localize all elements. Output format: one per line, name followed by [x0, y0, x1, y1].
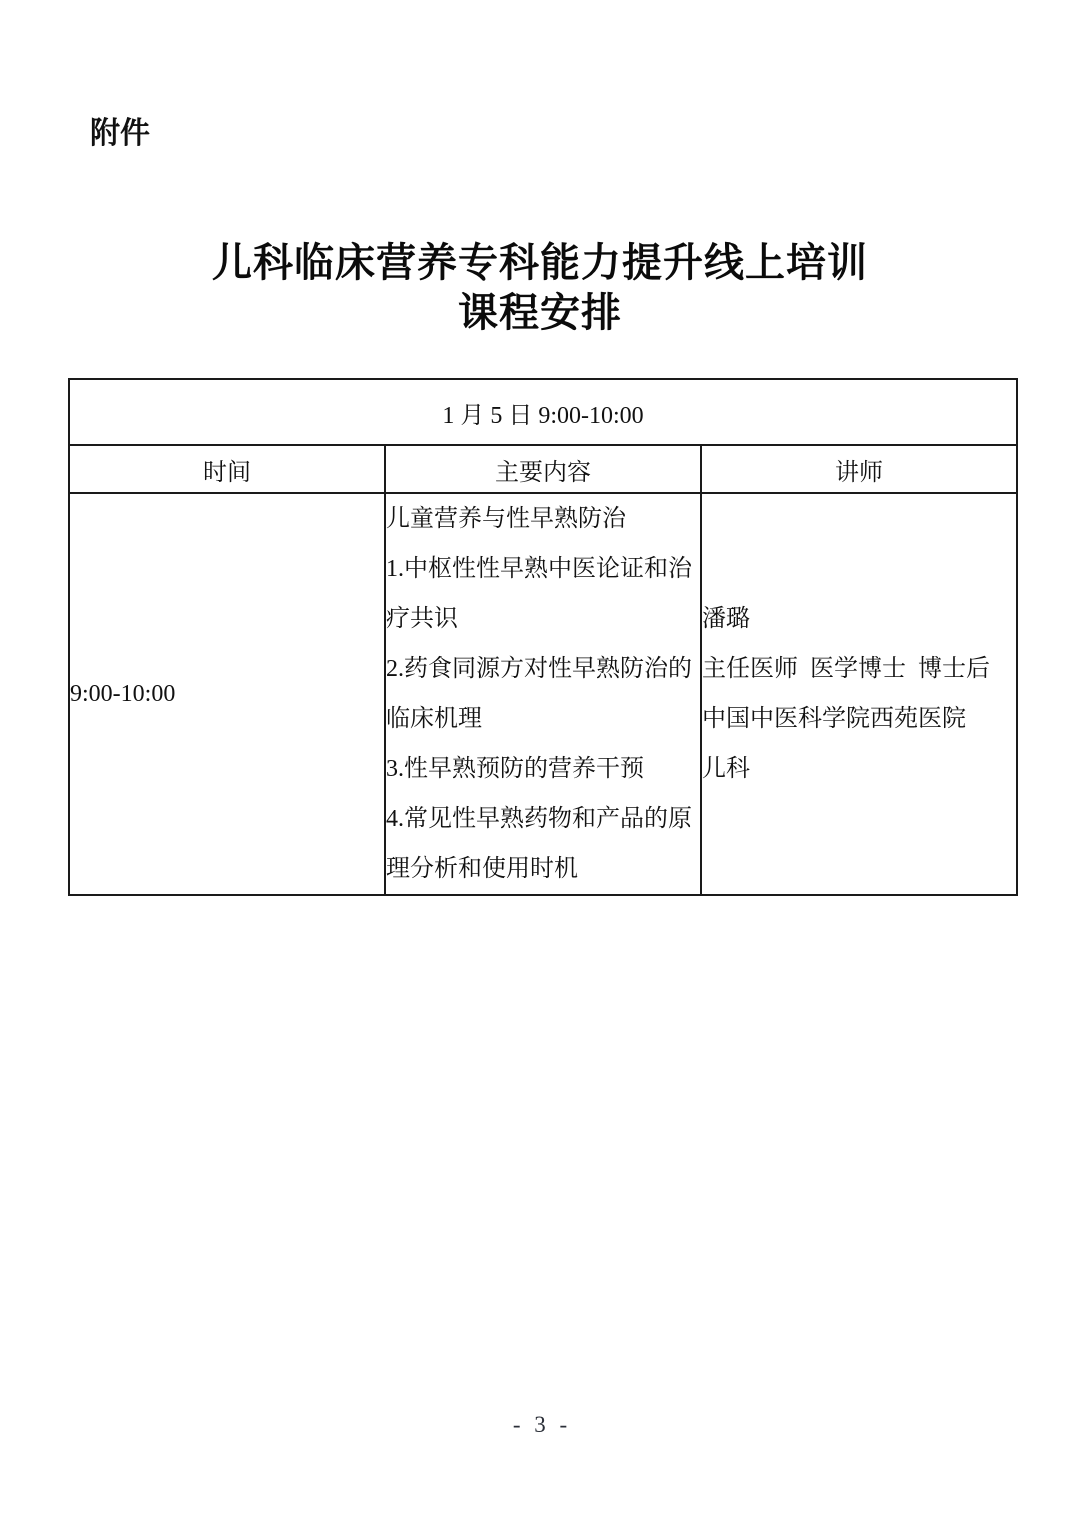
lecturer-hospital: 中国中医科学院西苑医院 [702, 694, 1016, 744]
content-topic-title: 儿童营养与性早熟防治 [386, 494, 700, 544]
time-cell: 9:00-10:00 [69, 493, 385, 895]
document-title-line-2: 课程安排 [0, 288, 1080, 338]
document-page: 附件 儿科临床营养专科能力提升线上培训 课程安排 1 月 5 日 9:00-10… [0, 0, 1080, 1528]
session-date-time-header: 1 月 5 日 9:00-10:00 [69, 379, 1017, 445]
document-title-line-1: 儿科临床营养专科能力提升线上培训 [0, 238, 1080, 288]
lecturer-cell: 潘璐 主任医师 医学博士 博士后 中国中医科学院西苑医院 儿科 [701, 493, 1017, 895]
session-header-row: 1 月 5 日 9:00-10:00 [69, 379, 1017, 445]
lecturer-name: 潘璐 [702, 594, 1016, 644]
content-item-3: 3.性早熟预防的营养干预 [386, 744, 700, 794]
content-item-2: 2.药食同源方对性早熟防治的临床机理 [386, 644, 700, 744]
main-content-cell: 儿童营养与性早熟防治 1.中枢性性早熟中医论证和治疗共识 2.药食同源方对性早熟… [385, 493, 701, 895]
column-header-lecturer: 讲师 [701, 445, 1017, 493]
course-schedule-table: 1 月 5 日 9:00-10:00 时间 主要内容 讲师 9:00-10:00… [68, 378, 1018, 896]
lecturer-titles: 主任医师 医学博士 博士后 [702, 644, 1016, 694]
column-header-main-content: 主要内容 [385, 445, 701, 493]
content-item-4: 4.常见性早熟药物和产品的原理分析和使用时机 [386, 794, 700, 894]
lecturer-department: 儿科 [702, 744, 1016, 794]
page-number: - 3 - [0, 1412, 1080, 1438]
document-title: 儿科临床营养专科能力提升线上培训 课程安排 [0, 238, 1080, 338]
table-row: 9:00-10:00 儿童营养与性早熟防治 1.中枢性性早熟中医论证和治疗共识 … [69, 493, 1017, 895]
attachment-label: 附件 [90, 108, 150, 152]
column-header-time: 时间 [69, 445, 385, 493]
column-header-row: 时间 主要内容 讲师 [69, 445, 1017, 493]
content-item-1: 1.中枢性性早熟中医论证和治疗共识 [386, 544, 700, 644]
